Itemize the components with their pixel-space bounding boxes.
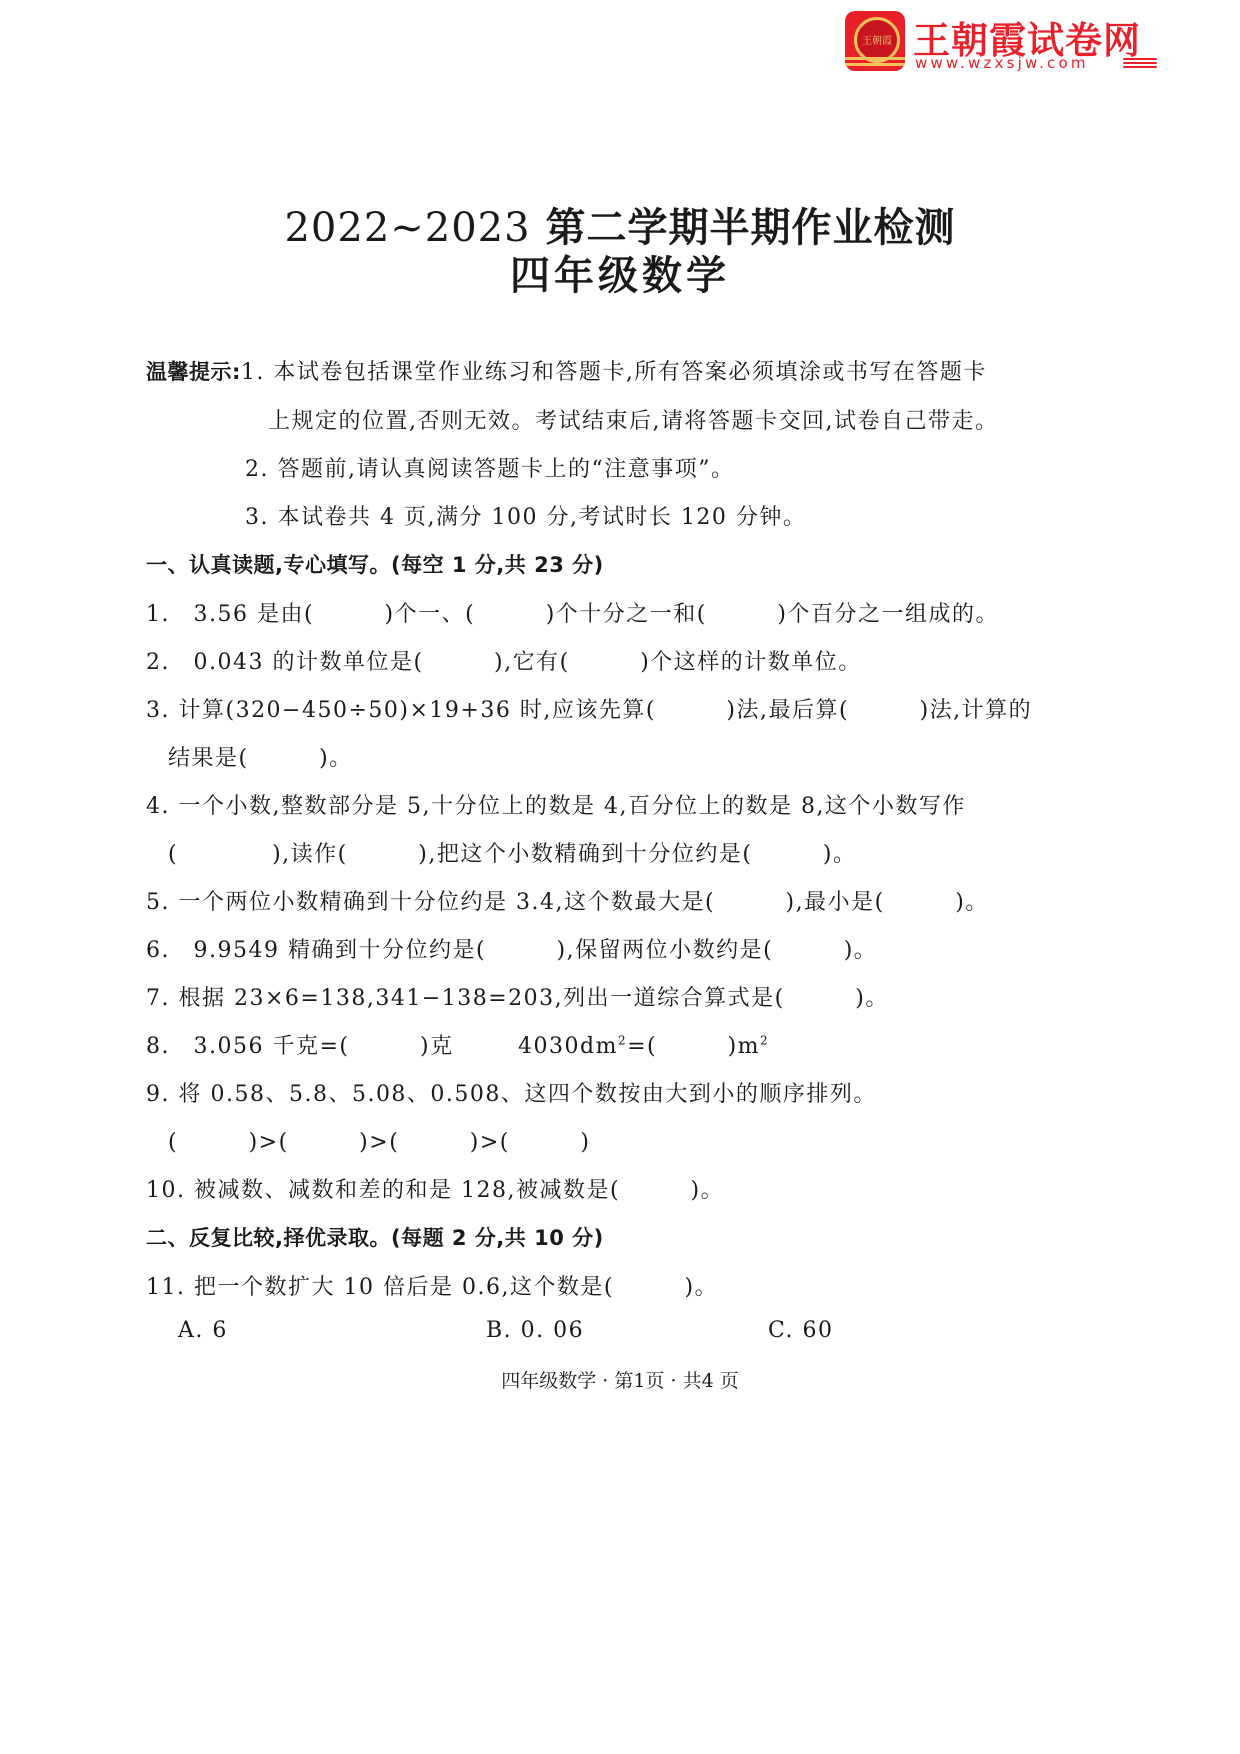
question-11-option-b: B. 0. 06 [486,1318,584,1343]
page-subtitle: 四年级数学 [0,244,1240,301]
question-8-part2: 4030dm2=( )m2 [518,1029,769,1060]
question-8: 8. 3.056 千克=( )克 [146,1029,454,1060]
section-heading-1: 一、认真读题,专心填写。(每空 1 分,共 23 分) [146,549,604,579]
question-3-cont: 结果是( )。 [168,741,353,772]
logo-url: www.wzxsjw.com [915,54,1089,72]
logo-badge-icon: 王朝霞 [845,11,905,71]
wave-icon [1123,58,1157,70]
question-3: 3. 计算(320−450÷50)×19+36 时,应该先算( )法,最后算( … [146,693,1032,724]
question-7: 7. 根据 23×6=138,341−138=203,列出一道综合算式是( )。 [146,981,889,1012]
question-11-option-c: C. 60 [768,1318,834,1343]
question-6: 6. 9.9549 精确到十分位约是( ),保留两位小数约是( )。 [146,933,877,964]
question-11-option-a: A. 6 [178,1318,228,1343]
question-9-cont: ( )>( )>( )>( ) [168,1125,590,1156]
question-5: 5. 一个两位小数精确到十分位约是 3.4,这个数最大是( ),最小是( )。 [146,885,989,916]
notice-line-3: 2. 答题前,请认真阅读答题卡上的“注意事项”。 [245,452,734,483]
section-heading-2: 二、反复比较,择优录取。(每题 2 分,共 10 分) [146,1222,604,1252]
question-11: 11. 把一个数扩大 10 倍后是 0.6,这个数是( )。 [146,1270,718,1301]
notice-label: 温馨提示: [146,360,241,384]
notice-line-4: 3. 本试卷共 4 页,满分 100 分,考试时长 120 分钟。 [245,500,806,531]
question-2: 2. 0.043 的计数单位是( ),它有( )个这样的计数单位。 [146,645,862,676]
question-10: 10. 被减数、减数和差的和是 128,被减数是( )。 [146,1173,724,1204]
question-4: 4. 一个小数,整数部分是 5,十分位上的数是 4,百分位上的数是 8,这个小数… [146,789,966,820]
site-logo: 王朝霞 王朝霞试卷网 www.wzxsjw.com [845,10,1155,74]
page-footer: 四年级数学 · 第1页 · 共4 页 [0,1366,1240,1393]
question-1: 1. 3.56 是由( )个一、( )个十分之一和( )个百分之一组成的。 [146,597,999,628]
question-4-cont: ( ),读作( ),把这个小数精确到十分位约是( )。 [168,837,857,868]
notice-line-2: 上规定的位置,否则无效。考试结束后,请将答题卡交回,试卷自己带走。 [268,404,998,435]
notice-line-1: 温馨提示:1. 本试卷包括课堂作业练习和答题卡,所有答案必须填涂或书写在答题卡 [146,355,987,386]
question-9: 9. 将 0.58、5.8、5.08、0.508、这四个数按由大到小的顺序排列。 [146,1077,877,1108]
